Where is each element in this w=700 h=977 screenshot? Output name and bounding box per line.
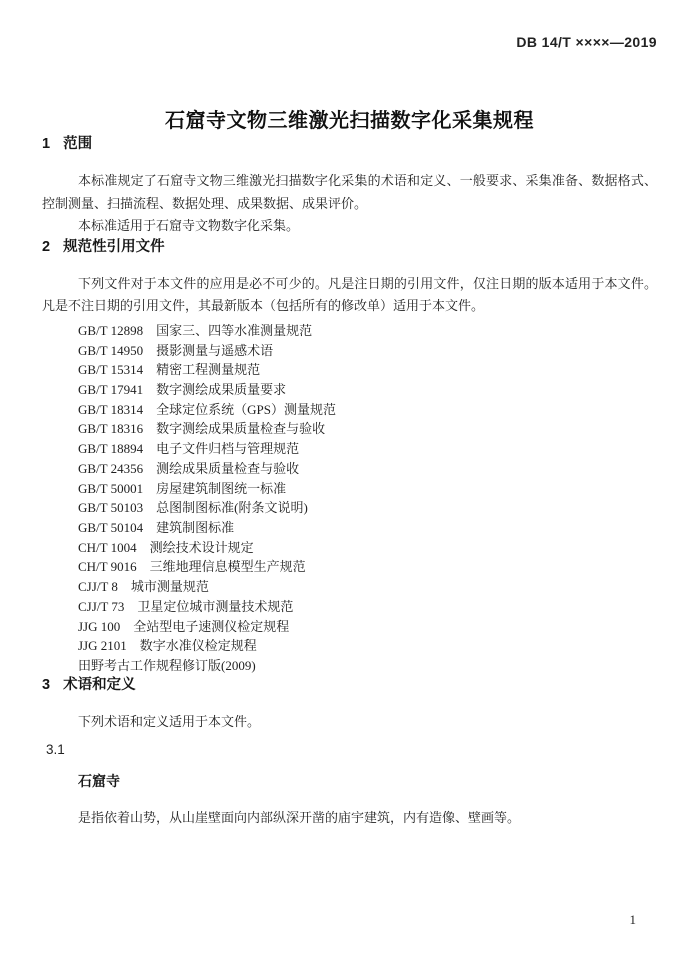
- document-page: DB 14/T ××××—2019 石窟寺文物三维激光扫描数字化采集规程 1范围…: [0, 0, 700, 977]
- scope-paragraph-2: 本标准适用于石窟寺文物数字化采集。: [42, 215, 657, 238]
- list-item: GB/T 24356测绘成果质量检查与验收: [78, 459, 657, 479]
- reference-title: 数字测绘成果质量检查与验收: [156, 421, 325, 436]
- list-item: JJG 2101数字水准仪检定规程: [78, 636, 657, 656]
- reference-code: JJG 100: [78, 619, 120, 634]
- reference-code: GB/T 50103: [78, 500, 143, 515]
- list-item: CH/T 9016三维地理信息模型生产规范: [78, 557, 657, 577]
- list-item: 田野考古工作规程修订版(2009): [78, 656, 657, 676]
- list-item: GB/T 18314全球定位系统（GPS）测量规范: [78, 400, 657, 420]
- reference-title: 建筑制图标准: [156, 520, 234, 535]
- reference-title: 城市测量规范: [131, 579, 209, 594]
- reference-title: 三维地理信息模型生产规范: [150, 559, 306, 574]
- list-item: CH/T 1004测绘技术设计规定: [78, 538, 657, 558]
- section-2-heading: 2规范性引用文件: [42, 238, 657, 256]
- doc-number: DB 14/T ××××—2019: [516, 34, 657, 50]
- list-item: GB/T 50001房屋建筑制图统一标准: [78, 479, 657, 499]
- reference-code: CJJ/T 8: [78, 579, 118, 594]
- reference-title: 全球定位系统（GPS）测量规范: [156, 402, 336, 417]
- section-normative-references: 2规范性引用文件 下列文件对于本文件的应用是必不可少的。凡是注日期的引用文件，仅…: [42, 238, 657, 676]
- reference-title: 数字水准仪检定规程: [140, 638, 257, 653]
- reference-code: CH/T 1004: [78, 540, 137, 555]
- term-number: 3.1: [46, 741, 657, 758]
- reference-code: GB/T 17941: [78, 382, 143, 397]
- list-item: JJG 100全站型电子速测仪检定规程: [78, 617, 657, 637]
- section-3-heading: 3术语和定义: [42, 676, 657, 694]
- terms-intro-paragraph: 下列术语和定义适用于本文件。: [42, 711, 657, 734]
- reference-code: GB/T 18314: [78, 402, 143, 417]
- reference-title: 电子文件归档与管理规范: [156, 441, 299, 456]
- doc-header: DB 14/T ××××—2019: [42, 0, 657, 50]
- reference-title: 总图制图标准(附条文说明): [156, 500, 308, 515]
- references-list: GB/T 12898国家三、四等水准测量规范 GB/T 14950摄影测量与遥感…: [42, 321, 657, 676]
- reference-code: GB/T 18894: [78, 441, 143, 456]
- reference-code: JJG 2101: [78, 638, 127, 653]
- section-1-heading: 1范围: [42, 135, 657, 153]
- section-3-number: 3: [42, 677, 50, 693]
- section-1-heading-text: 范围: [63, 136, 92, 152]
- reference-code: GB/T 15314: [78, 362, 143, 377]
- reference-code: GB/T 50104: [78, 520, 143, 535]
- reference-code: GB/T 14950: [78, 343, 143, 358]
- reference-code: GB/T 24356: [78, 461, 143, 476]
- list-item: GB/T 14950摄影测量与遥感术语: [78, 341, 657, 361]
- reference-title: 精密工程测量规范: [156, 362, 260, 377]
- list-item: GB/T 18316数字测绘成果质量检查与验收: [78, 419, 657, 439]
- reference-title: 房屋建筑制图统一标准: [156, 481, 286, 496]
- page-title: 石窟寺文物三维激光扫描数字化采集规程: [42, 107, 657, 135]
- reference-title: 卫星定位城市测量技术规范: [137, 599, 293, 614]
- reference-title: 测绘技术设计规定: [150, 540, 254, 555]
- reference-title: 全站型电子速测仪检定规程: [133, 619, 289, 634]
- list-item: GB/T 15314精密工程测量规范: [78, 360, 657, 380]
- reference-code: GB/T 12898: [78, 323, 143, 338]
- list-item: CJJ/T 8城市测量规范: [78, 577, 657, 597]
- section-2-heading-text: 规范性引用文件: [63, 239, 165, 255]
- section-3-heading-text: 术语和定义: [63, 677, 136, 693]
- references-intro-paragraph: 下列文件对于本文件的应用是必不可少的。凡是注日期的引用文件，仅注日期的版本适用于…: [42, 273, 657, 318]
- list-item: CJJ/T 73卫星定位城市测量技术规范: [78, 597, 657, 617]
- reference-code: GB/T 18316: [78, 421, 143, 436]
- reference-title: 数字测绘成果质量要求: [156, 382, 286, 397]
- scope-paragraph-1: 本标准规定了石窟寺文物三维激光扫描数字化采集的术语和定义、一般要求、采集准备、数…: [42, 170, 657, 215]
- reference-title: 国家三、四等水准测量规范: [156, 323, 312, 338]
- term-name: 石窟寺: [78, 772, 657, 790]
- section-1-number: 1: [42, 136, 50, 152]
- reference-title: 测绘成果质量检查与验收: [156, 461, 299, 476]
- reference-code: CH/T 9016: [78, 559, 137, 574]
- section-terms-definitions: 3术语和定义 下列术语和定义适用于本文件。 3.1 石窟寺 是指依着山势，从山崖…: [42, 676, 657, 830]
- reference-title: 田野考古工作规程修订版(2009): [78, 658, 256, 673]
- list-item: GB/T 50104建筑制图标准: [78, 518, 657, 538]
- list-item: GB/T 12898国家三、四等水准测量规范: [78, 321, 657, 341]
- page-number: 1: [630, 912, 637, 928]
- list-item: GB/T 18894电子文件归档与管理规范: [78, 439, 657, 459]
- list-item: GB/T 50103总图制图标准(附条文说明): [78, 498, 657, 518]
- term-definition: 是指依着山势，从山崖壁面向内部纵深开凿的庙宇建筑，内有造像、壁画等。: [42, 807, 657, 830]
- list-item: GB/T 17941数字测绘成果质量要求: [78, 380, 657, 400]
- section-2-number: 2: [42, 239, 50, 255]
- section-scope: 1范围 本标准规定了石窟寺文物三维激光扫描数字化采集的术语和定义、一般要求、采集…: [42, 135, 657, 238]
- reference-code: GB/T 50001: [78, 481, 143, 496]
- reference-code: CJJ/T 73: [78, 599, 124, 614]
- reference-title: 摄影测量与遥感术语: [156, 343, 273, 358]
